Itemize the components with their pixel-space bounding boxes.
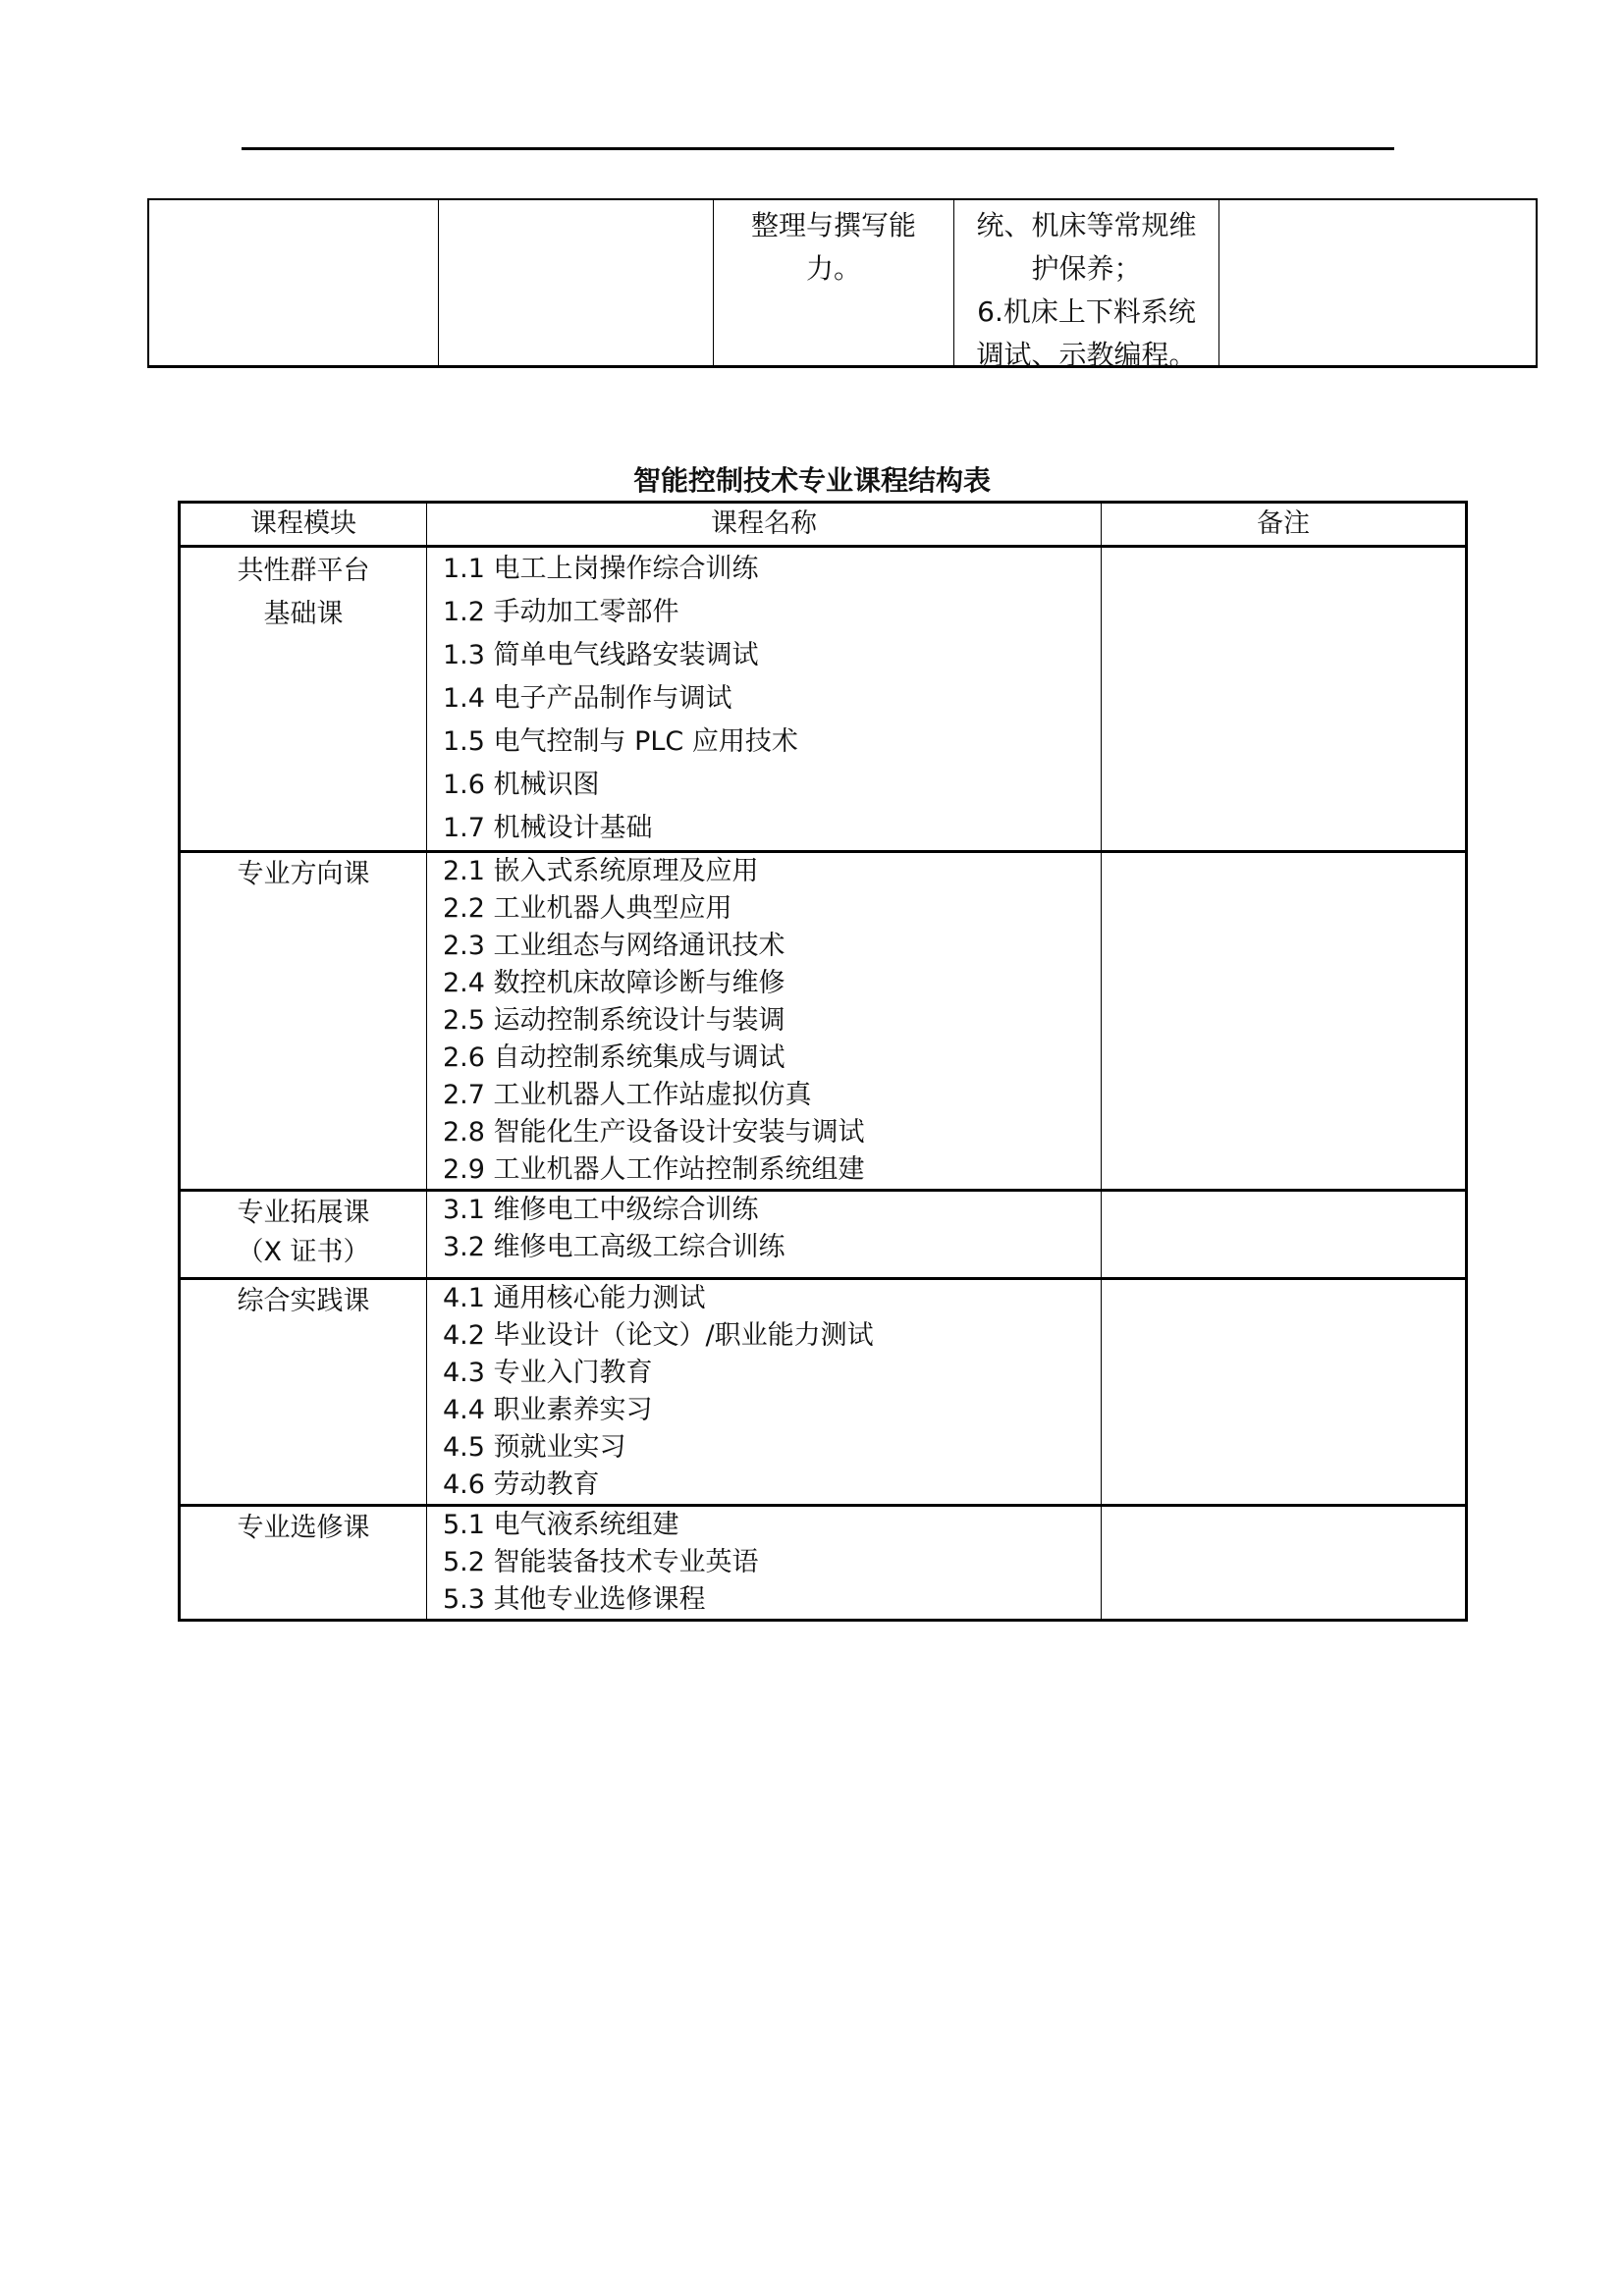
course-item: 1.3 简单电气线路安装调试 — [443, 634, 1101, 677]
module-label: 专业选修课 — [181, 1509, 426, 1548]
note-cell — [1102, 1191, 1467, 1279]
note-cell — [1102, 1506, 1467, 1621]
note-cell — [1102, 852, 1467, 1191]
continuation-cell-4: 统、机床等常规维 护保养； 6.机床上下料系统 调试、示教编程。 — [954, 200, 1219, 365]
course-item: 2.8 智能化生产设备设计安装与调试 — [443, 1114, 1101, 1151]
module-label: 共性群平台 — [181, 550, 426, 593]
course-list-cell: 4.1 通用核心能力测试 4.2 毕业设计（论文）/职业能力测试 4.3 专业入… — [427, 1279, 1102, 1506]
course-item: 2.7 工业机器人工作站虚拟仿真 — [443, 1077, 1101, 1114]
course-item: 2.4 数控机床故障诊断与维修 — [443, 965, 1101, 1002]
continuation-cell-3: 整理与撰写能 力。 — [714, 200, 954, 365]
note-cell — [1102, 547, 1467, 852]
header-course-name: 课程名称 — [427, 503, 1102, 547]
course-item: 4.1 通用核心能力测试 — [443, 1280, 1101, 1317]
page-header-rule — [242, 147, 1394, 150]
header-module: 课程模块 — [180, 503, 427, 547]
note-cell — [1102, 1279, 1467, 1506]
module-cell: 专业拓展课 （X 证书） — [180, 1191, 427, 1279]
module-label: 基础课 — [181, 593, 426, 636]
course-item: 2.1 嵌入式系统原理及应用 — [443, 853, 1101, 890]
course-item: 4.3 专业入门教育 — [443, 1355, 1101, 1392]
table-header-row: 课程模块 课程名称 备注 — [180, 503, 1467, 547]
header-note: 备注 — [1102, 503, 1467, 547]
course-item: 1.4 电子产品制作与调试 — [443, 677, 1101, 721]
course-item: 4.6 劳动教育 — [443, 1467, 1101, 1504]
course-structure-table: 课程模块 课程名称 备注 共性群平台 基础课 1.1 电工上岗操作综合训练 1.… — [178, 501, 1468, 1622]
course-item: 4.4 职业素养实习 — [443, 1392, 1101, 1429]
course-item: 2.6 自动控制系统集成与调试 — [443, 1040, 1101, 1077]
module-cell: 专业方向课 — [180, 852, 427, 1191]
course-item: 1.6 机械识图 — [443, 764, 1101, 807]
course-item: 1.5 电气控制与 PLC 应用技术 — [443, 721, 1101, 764]
course-list-cell: 1.1 电工上岗操作综合训练 1.2 手动加工零部件 1.3 简单电气线路安装调… — [427, 547, 1102, 852]
module-label: （X 证书） — [181, 1233, 426, 1272]
course-item: 1.7 机械设计基础 — [443, 807, 1101, 850]
cell-text-line: 调试、示教编程。 — [966, 334, 1207, 377]
course-item: 2.2 工业机器人典型应用 — [443, 890, 1101, 928]
module-label: 综合实践课 — [181, 1282, 426, 1321]
module-cell: 共性群平台 基础课 — [180, 547, 427, 852]
course-item: 4.2 毕业设计（论文）/职业能力测试 — [443, 1317, 1101, 1355]
module-cell: 综合实践课 — [180, 1279, 427, 1506]
module-cell: 专业选修课 — [180, 1506, 427, 1621]
table-row-group-1: 共性群平台 基础课 1.1 电工上岗操作综合训练 1.2 手动加工零部件 1.3… — [180, 547, 1467, 852]
cell-text-line: 整理与撰写能 — [728, 204, 940, 247]
course-item: 1.1 电工上岗操作综合训练 — [443, 548, 1101, 591]
course-list-cell: 5.1 电气液系统组建 5.2 智能装备技术专业英语 5.3 其他专业选修课程 — [427, 1506, 1102, 1621]
table-row-group-5: 专业选修课 5.1 电气液系统组建 5.2 智能装备技术专业英语 5.3 其他专… — [180, 1506, 1467, 1621]
course-item: 5.2 智能装备技术专业英语 — [443, 1544, 1101, 1581]
table-title: 智能控制技术专业课程结构表 — [0, 459, 1624, 499]
course-item: 2.9 工业机器人工作站控制系统组建 — [443, 1151, 1101, 1189]
module-label: 专业拓展课 — [181, 1194, 426, 1233]
table-row-group-3: 专业拓展课 （X 证书） 3.1 维修电工中级综合训练 3.2 维修电工高级工综… — [180, 1191, 1467, 1279]
cell-text-line: 力。 — [728, 247, 940, 291]
course-item: 5.3 其他专业选修课程 — [443, 1581, 1101, 1619]
course-list-cell: 2.1 嵌入式系统原理及应用 2.2 工业机器人典型应用 2.3 工业组态与网络… — [427, 852, 1102, 1191]
continuation-table: 整理与撰写能 力。 统、机床等常规维 护保养； 6.机床上下料系统 调试、示教编… — [147, 198, 1538, 368]
cell-text-line: 6.机床上下料系统 — [966, 291, 1207, 334]
cell-text-line: 统、机床等常规维 — [966, 204, 1207, 247]
course-item: 2.3 工业组态与网络通讯技术 — [443, 928, 1101, 965]
course-item: 2.5 运动控制系统设计与装调 — [443, 1002, 1101, 1040]
course-item: 5.1 电气液系统组建 — [443, 1507, 1101, 1544]
continuation-cell-5 — [1219, 200, 1536, 365]
continuation-cell-1 — [149, 200, 439, 365]
course-list-cell: 3.1 维修电工中级综合训练 3.2 维修电工高级工综合训练 — [427, 1191, 1102, 1279]
continuation-cell-2 — [439, 200, 714, 365]
table-row-group-2: 专业方向课 2.1 嵌入式系统原理及应用 2.2 工业机器人典型应用 2.3 工… — [180, 852, 1467, 1191]
module-label: 专业方向课 — [181, 855, 426, 894]
course-item: 3.1 维修电工中级综合训练 — [443, 1192, 1101, 1229]
course-item: 3.2 维修电工高级工综合训练 — [443, 1229, 1101, 1266]
course-item: 1.2 手动加工零部件 — [443, 591, 1101, 634]
table-row-group-4: 综合实践课 4.1 通用核心能力测试 4.2 毕业设计（论文）/职业能力测试 4… — [180, 1279, 1467, 1506]
course-item: 4.5 预就业实习 — [443, 1429, 1101, 1467]
cell-text-line: 护保养； — [966, 247, 1207, 291]
